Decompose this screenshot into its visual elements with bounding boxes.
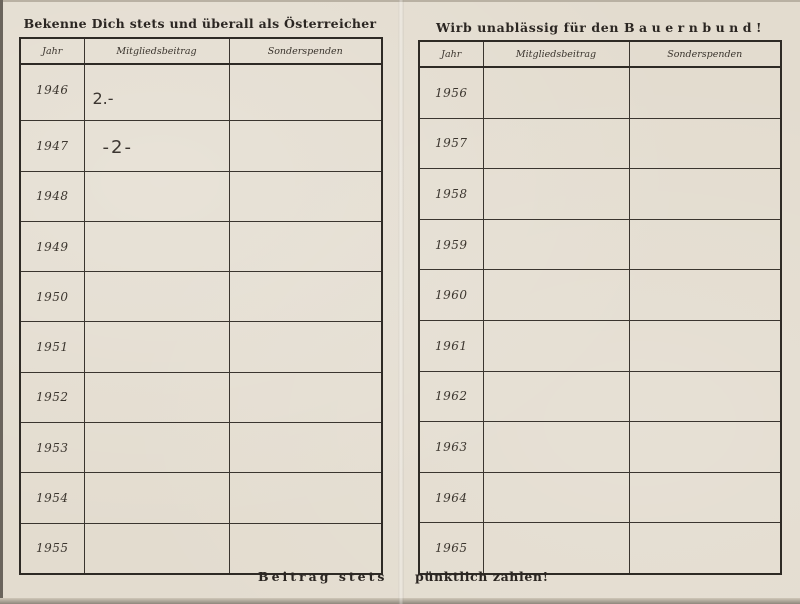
membership-fee-cell[interactable] bbox=[483, 118, 629, 169]
table-row: 1949 bbox=[20, 221, 382, 271]
column-header-membership-fee: Mitgliedsbeitrag bbox=[483, 41, 629, 67]
membership-fee-cell[interactable] bbox=[483, 422, 629, 473]
table-row: 1963 bbox=[419, 422, 781, 473]
membership-fee-cell[interactable] bbox=[84, 523, 229, 574]
membership-fee-cell[interactable] bbox=[84, 473, 229, 523]
membership-fee-cell[interactable] bbox=[84, 372, 229, 422]
year-cell: 1955 bbox=[20, 523, 84, 574]
year-cell: 1956 bbox=[419, 67, 483, 118]
column-header-membership-fee: Mitgliedsbeitrag bbox=[84, 38, 229, 64]
table-row: 1964 bbox=[419, 472, 781, 523]
table-row: 1962 bbox=[419, 371, 781, 422]
table-row: 1952 bbox=[20, 372, 382, 422]
membership-fee-cell[interactable] bbox=[84, 423, 229, 473]
year-cell: 1950 bbox=[20, 272, 84, 322]
table-row: 1947 -2- bbox=[20, 121, 382, 171]
right-dues-table: Jahr Mitgliedsbeitrag Sonderspenden 1956… bbox=[418, 40, 782, 575]
membership-fee-cell[interactable] bbox=[483, 472, 629, 523]
special-donation-cell[interactable] bbox=[629, 422, 781, 473]
table-row: 1961 bbox=[419, 320, 781, 371]
table-row: 1958 bbox=[419, 169, 781, 220]
special-donation-cell[interactable] bbox=[629, 219, 781, 270]
year-cell: 1949 bbox=[20, 221, 84, 271]
special-donation-cell[interactable] bbox=[229, 171, 382, 221]
special-donation-cell[interactable] bbox=[229, 372, 382, 422]
membership-fee-cell[interactable] bbox=[84, 272, 229, 322]
year-cell: 1947 bbox=[20, 121, 84, 171]
membership-fee-cell[interactable]: 2.- bbox=[84, 64, 229, 121]
year-cell: 1962 bbox=[419, 371, 483, 422]
year-cell: 1948 bbox=[20, 171, 84, 221]
special-donation-cell[interactable] bbox=[629, 67, 781, 118]
year-cell: 1954 bbox=[20, 473, 84, 523]
handwritten-amount: 2.- bbox=[93, 89, 114, 108]
year-cell: 1963 bbox=[419, 422, 483, 473]
table-row: 1954 bbox=[20, 473, 382, 523]
membership-fee-cell[interactable] bbox=[84, 221, 229, 271]
membership-fee-cell[interactable] bbox=[483, 371, 629, 422]
special-donation-cell[interactable] bbox=[229, 423, 382, 473]
table-row: 1960 bbox=[419, 270, 781, 321]
special-donation-cell[interactable] bbox=[229, 121, 382, 171]
table-row: 1948 bbox=[20, 171, 382, 221]
footer-slogan-left: Beitrag stets bbox=[258, 569, 387, 584]
membership-fee-cell[interactable] bbox=[84, 171, 229, 221]
special-donation-cell[interactable] bbox=[229, 523, 382, 574]
year-cell: 1961 bbox=[419, 320, 483, 371]
table-row: 1957 bbox=[419, 118, 781, 169]
special-donation-cell[interactable] bbox=[229, 221, 382, 271]
special-donation-cell[interactable] bbox=[229, 473, 382, 523]
special-donation-cell[interactable] bbox=[229, 322, 382, 372]
year-cell: 1951 bbox=[20, 322, 84, 372]
table-row: 1950 bbox=[20, 272, 382, 322]
table-row: 1965 bbox=[419, 523, 781, 574]
membership-fee-cell[interactable] bbox=[483, 67, 629, 118]
membership-card: Bekenne Dich stets und überall als Öster… bbox=[0, 0, 800, 604]
membership-fee-cell[interactable] bbox=[483, 523, 629, 574]
footer-slogan-right: pünktlich zahlen! bbox=[415, 569, 549, 584]
special-donation-cell[interactable] bbox=[629, 169, 781, 220]
table-header-row: Jahr Mitgliedsbeitrag Sonderspenden bbox=[419, 41, 781, 67]
table-row: 1953 bbox=[20, 423, 382, 473]
year-cell: 1958 bbox=[419, 169, 483, 220]
special-donation-cell[interactable] bbox=[229, 272, 382, 322]
column-header-year: Jahr bbox=[20, 38, 84, 64]
membership-fee-cell[interactable] bbox=[483, 219, 629, 270]
year-cell: 1964 bbox=[419, 472, 483, 523]
left-page-title: Bekenne Dich stets und überall als Öster… bbox=[24, 16, 377, 31]
special-donation-cell[interactable] bbox=[229, 64, 382, 121]
center-fold bbox=[398, 0, 404, 604]
column-header-special-donations: Sonderspenden bbox=[629, 41, 781, 67]
special-donation-cell[interactable] bbox=[629, 472, 781, 523]
year-cell: 1959 bbox=[419, 219, 483, 270]
year-cell: 1957 bbox=[419, 118, 483, 169]
special-donation-cell[interactable] bbox=[629, 320, 781, 371]
year-cell: 1953 bbox=[20, 423, 84, 473]
right-page-title: Wirb unablässig für den Bauernbund! bbox=[436, 20, 766, 35]
table-row: 1951 bbox=[20, 322, 382, 372]
table-header-row: Jahr Mitgliedsbeitrag Sonderspenden bbox=[20, 38, 382, 64]
handwritten-amount: -2- bbox=[103, 137, 133, 158]
table-row: 1955 bbox=[20, 523, 382, 574]
left-dues-table: Jahr Mitgliedsbeitrag Sonderspenden 1946… bbox=[19, 37, 383, 575]
membership-fee-cell[interactable] bbox=[483, 320, 629, 371]
membership-fee-cell[interactable] bbox=[483, 270, 629, 321]
special-donation-cell[interactable] bbox=[629, 371, 781, 422]
year-cell: 1960 bbox=[419, 270, 483, 321]
membership-fee-cell[interactable] bbox=[84, 322, 229, 372]
right-page-title-part-a: Wirb unablässig für den bbox=[436, 20, 619, 35]
year-cell: 1965 bbox=[419, 523, 483, 574]
special-donation-cell[interactable] bbox=[629, 118, 781, 169]
table-row: 1959 bbox=[419, 219, 781, 270]
card-left-edge bbox=[0, 0, 3, 604]
table-row: 1946 2.- bbox=[20, 64, 382, 121]
year-cell: 1946 bbox=[20, 64, 84, 121]
membership-fee-cell[interactable] bbox=[483, 169, 629, 220]
table-row: 1956 bbox=[419, 67, 781, 118]
year-cell: 1952 bbox=[20, 372, 84, 422]
column-header-special-donations: Sonderspenden bbox=[229, 38, 382, 64]
right-page-title-part-b: Bauernbund! bbox=[624, 20, 766, 35]
special-donation-cell[interactable] bbox=[629, 270, 781, 321]
special-donation-cell[interactable] bbox=[629, 523, 781, 574]
column-header-year: Jahr bbox=[419, 41, 483, 67]
membership-fee-cell[interactable]: -2- bbox=[84, 121, 229, 171]
